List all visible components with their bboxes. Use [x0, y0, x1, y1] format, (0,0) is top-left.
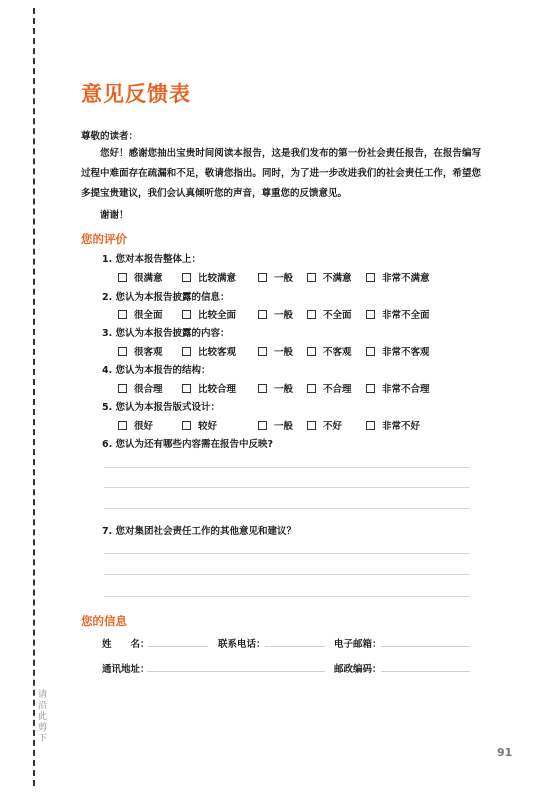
- checkbox-icon[interactable]: [366, 421, 375, 430]
- q1-option-4[interactable]: 不满意: [307, 270, 352, 284]
- q2-option-2[interactable]: 比较全面: [182, 307, 236, 321]
- question-4-label: 4. 您认为本报告的结构：: [102, 362, 211, 376]
- name-label: 姓 名：: [102, 636, 150, 650]
- question-5-label: 5. 您认为本报告版式设计：: [102, 399, 220, 413]
- q1-option-1[interactable]: 很满意: [118, 270, 163, 284]
- checkbox-icon[interactable]: [182, 273, 191, 282]
- info-heading: 您的信息: [81, 613, 127, 629]
- checkbox-icon[interactable]: [182, 310, 191, 319]
- question-3-options: 很客观 比较客观 一般 不客观 非常不客观: [118, 344, 498, 358]
- q4-option-3[interactable]: 一般: [258, 381, 293, 395]
- q5-option-4[interactable]: 不好: [307, 418, 342, 432]
- q5-option-1[interactable]: 很好: [118, 418, 153, 432]
- checkbox-icon[interactable]: [307, 384, 316, 393]
- question-1-label: 1. 您对本报告整体上：: [102, 251, 201, 265]
- checkbox-icon[interactable]: [182, 347, 191, 356]
- q1-option-2[interactable]: 比较满意: [182, 270, 236, 284]
- salutation: 尊敬的读者：: [81, 128, 138, 142]
- checkbox-icon[interactable]: [118, 384, 127, 393]
- question-5-options: 很好 较好 一般 不好 非常不好: [118, 418, 498, 432]
- page-number: 91: [497, 746, 512, 759]
- checkbox-icon[interactable]: [258, 310, 267, 319]
- thanks-text: 谢谢！: [100, 207, 129, 221]
- address-field[interactable]: [147, 671, 325, 672]
- q4-option-5[interactable]: 非常不合理: [366, 381, 430, 395]
- checkbox-icon[interactable]: [258, 273, 267, 282]
- phone-label: 联系电话：: [218, 636, 266, 650]
- cut-dashed-line: [33, 8, 35, 786]
- phone-field[interactable]: [265, 646, 325, 647]
- question-2-options: 很全面 比较全面 一般 不全面 非常不全面: [118, 307, 498, 321]
- question-3-label: 3. 您认为本报告披露的内容：: [102, 325, 230, 339]
- q4-option-2[interactable]: 比较合理: [182, 381, 236, 395]
- checkbox-icon[interactable]: [366, 273, 375, 282]
- question-1-options: 很满意 比较满意 一般 不满意 非常不满意: [118, 270, 498, 284]
- q5-option-5[interactable]: 非常不好: [366, 418, 420, 432]
- postcode-label: 邮政编码：: [334, 661, 382, 675]
- question-6-label: 6. 您认为还有哪些内容需在报告中反映?: [102, 436, 273, 450]
- intro-paragraph: 您好！感谢您抽出宝贵时间阅读本报告，这是我们发布的第一份社会责任报告，在报告编写…: [81, 144, 481, 204]
- checkbox-icon[interactable]: [118, 273, 127, 282]
- question-2-label: 2. 您认为本报告披露的信息：: [102, 289, 230, 303]
- q2-option-1[interactable]: 很全面: [118, 307, 163, 321]
- q2-option-3[interactable]: 一般: [258, 307, 293, 321]
- cut-hint-text: 请沿此剪下: [38, 690, 50, 745]
- q3-option-3[interactable]: 一般: [258, 344, 293, 358]
- q3-option-2[interactable]: 比较客观: [182, 344, 236, 358]
- checkbox-icon[interactable]: [118, 421, 127, 430]
- checkbox-icon[interactable]: [182, 384, 191, 393]
- q6-answer-line-1[interactable]: [104, 467, 470, 468]
- checkbox-icon[interactable]: [118, 347, 127, 356]
- q3-option-1[interactable]: 很客观: [118, 344, 163, 358]
- evaluation-heading: 您的评价: [81, 231, 127, 247]
- q2-option-5[interactable]: 非常不全面: [366, 307, 430, 321]
- q1-option-5[interactable]: 非常不满意: [366, 270, 430, 284]
- q7-answer-line-2[interactable]: [104, 574, 470, 575]
- checkbox-icon[interactable]: [307, 273, 316, 282]
- q7-answer-line-1[interactable]: [104, 553, 470, 554]
- question-7-label: 7. 您对集团社会责任工作的其他意见和建议？: [102, 523, 296, 537]
- q4-option-1[interactable]: 很合理: [118, 381, 163, 395]
- q7-answer-line-3[interactable]: [104, 596, 470, 597]
- email-field[interactable]: [381, 646, 470, 647]
- q5-option-3[interactable]: 一般: [258, 418, 293, 432]
- q6-answer-line-2[interactable]: [104, 487, 470, 488]
- checkbox-icon[interactable]: [307, 347, 316, 356]
- checkbox-icon[interactable]: [366, 310, 375, 319]
- question-4-options: 很合理 比较合理 一般 不合理 非常不合理: [118, 381, 498, 395]
- q2-option-4[interactable]: 不全面: [307, 307, 352, 321]
- checkbox-icon[interactable]: [118, 310, 127, 319]
- email-label: 电子邮箱：: [334, 636, 382, 650]
- checkbox-icon[interactable]: [366, 347, 375, 356]
- checkbox-icon[interactable]: [182, 421, 191, 430]
- checkbox-icon[interactable]: [258, 421, 267, 430]
- checkbox-icon[interactable]: [307, 310, 316, 319]
- checkbox-icon[interactable]: [366, 384, 375, 393]
- name-field[interactable]: [148, 646, 208, 647]
- page-title: 意见反馈表: [81, 78, 191, 108]
- q3-option-5[interactable]: 非常不客观: [366, 344, 430, 358]
- q4-option-4[interactable]: 不合理: [307, 381, 352, 395]
- q6-answer-line-3[interactable]: [104, 508, 470, 509]
- q5-option-2[interactable]: 较好: [182, 418, 217, 432]
- q1-option-3[interactable]: 一般: [258, 270, 293, 284]
- postcode-field[interactable]: [381, 671, 470, 672]
- q3-option-4[interactable]: 不客观: [307, 344, 352, 358]
- checkbox-icon[interactable]: [307, 421, 316, 430]
- checkbox-icon[interactable]: [258, 384, 267, 393]
- address-label: 通讯地址：: [102, 661, 150, 675]
- checkbox-icon[interactable]: [258, 347, 267, 356]
